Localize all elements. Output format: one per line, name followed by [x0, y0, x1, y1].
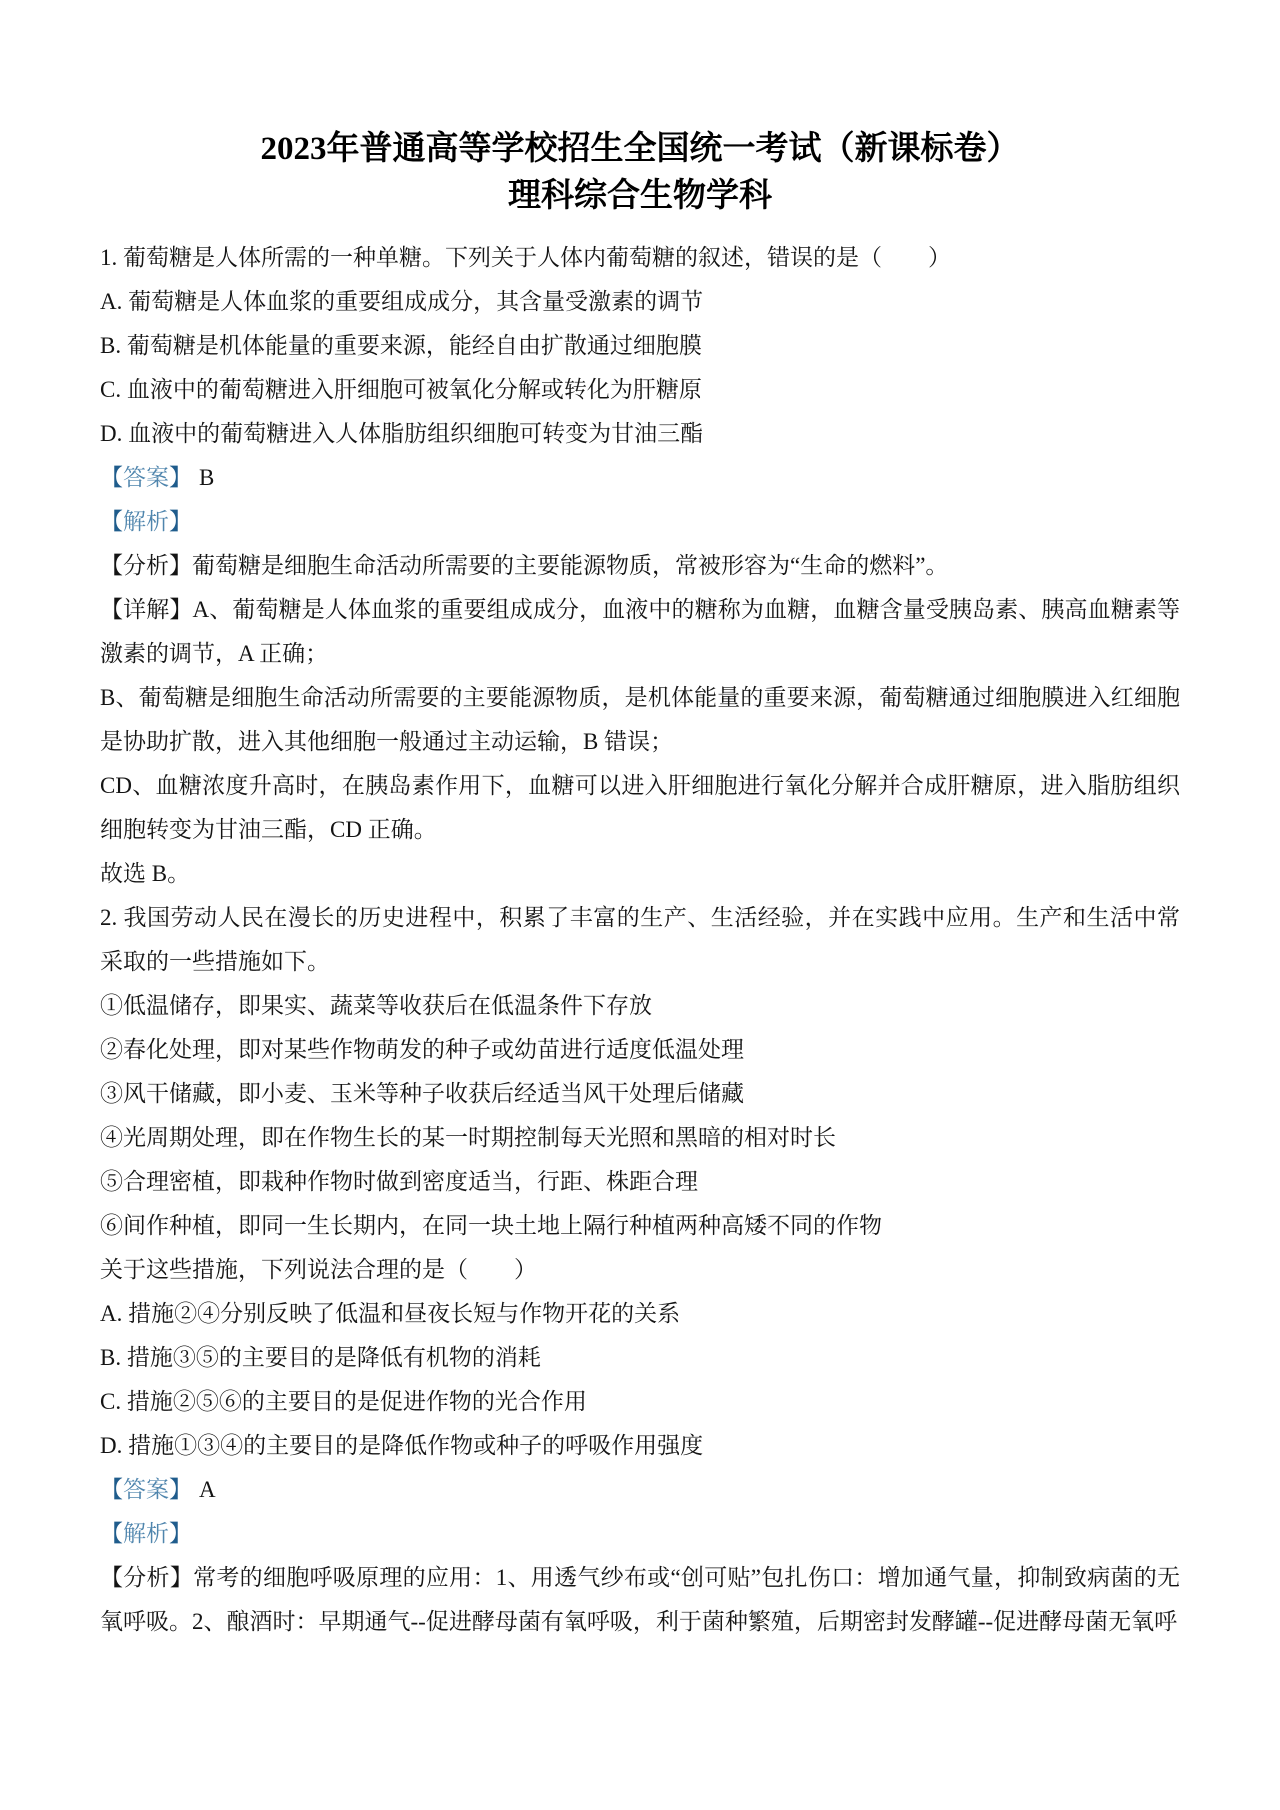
q2-option-c: C. 措施②⑤⑥的主要目的是促进作物的光合作用 — [100, 1380, 1180, 1424]
q1-explanation-analysis: 【分析】葡萄糖是细胞生命活动所需要的主要能源物质，常被形容为“生命的燃料”。 — [100, 544, 1180, 588]
q1-option-d: D. 血液中的葡萄糖进入人体脂肪组织细胞可转变为甘油三酯 — [100, 412, 1180, 456]
q1-conclusion: 故选 B。 — [100, 852, 1180, 896]
q2-measure-3: ③风干储藏，即小麦、玉米等种子收获后经适当风干处理后储藏 — [100, 1072, 1180, 1116]
q2-answer-line: 【答案】A — [100, 1468, 1180, 1512]
q1-answer-bracket-open: 【 — [100, 465, 123, 490]
q1-answer-bracket-close: 】 — [169, 465, 192, 490]
q2-answer-bracket-close: 】 — [169, 1477, 192, 1502]
q1-analysis-bracket-close: 】 — [169, 509, 192, 534]
title-line-2: 理科综合生物学科 — [100, 173, 1180, 220]
q2-measure-1: ①低温储存，即果实、蔬菜等收获后在低温条件下存放 — [100, 984, 1180, 1028]
q1-explanation-detail-b: B、葡萄糖是细胞生命活动所需要的主要能源物质，是机体能量的重要来源，葡萄糖通过细… — [100, 676, 1180, 764]
document-page: 2023年普通高等学校招生全国统一考试（新课标卷） 理科综合生物学科 1. 葡萄… — [0, 0, 1280, 1810]
q1-option-a: A. 葡萄糖是人体血浆的重要组成成分，其含量受激素的调节 — [100, 280, 1180, 324]
document-title: 2023年普通高等学校招生全国统一考试（新课标卷） 理科综合生物学科 — [100, 126, 1180, 220]
q2-answer-value: A — [199, 1477, 216, 1502]
q2-measure-2: ②春化处理，即对某些作物萌发的种子或幼苗进行适度低温处理 — [100, 1028, 1180, 1072]
q2-option-b: B. 措施③⑤的主要目的是降低有机物的消耗 — [100, 1336, 1180, 1380]
q1-analysis-bracket-open: 【 — [100, 509, 123, 534]
q1-analysis-marker-label: 解析 — [123, 509, 169, 534]
q2-stem: 2. 我国劳动人民在漫长的历史进程中，积累了丰富的生产、生活经验，并在实践中应用… — [100, 896, 1180, 984]
q1-explanation-detail-cd: CD、血糖浓度升高时，在胰岛素作用下，血糖可以进入肝细胞进行氧化分解并合成肝糖原… — [100, 764, 1180, 852]
q1-analysis-marker-line: 【解析】 — [100, 500, 1180, 544]
q2-measure-6: ⑥间作种植，即同一生长期内，在同一块土地上隔行种植两种高矮不同的作物 — [100, 1204, 1180, 1248]
q2-explanation-analysis: 【分析】常考的细胞呼吸原理的应用：1、用透气纱布或“创可贴”包扎伤口：增加通气量… — [100, 1556, 1180, 1644]
q1-option-b: B. 葡萄糖是机体能量的重要来源，能经自由扩散通过细胞膜 — [100, 324, 1180, 368]
q2-option-d: D. 措施①③④的主要目的是降低作物或种子的呼吸作用强度 — [100, 1424, 1180, 1468]
title-line-1: 2023年普通高等学校招生全国统一考试（新课标卷） — [100, 126, 1180, 173]
q2-answer-bracket-open: 【 — [100, 1477, 123, 1502]
q1-answer-marker-label: 答案 — [123, 465, 169, 490]
q2-analysis-bracket-open: 【 — [100, 1521, 123, 1546]
q1-option-c: C. 血液中的葡萄糖进入肝细胞可被氧化分解或转化为肝糖原 — [100, 368, 1180, 412]
q2-ask: 关于这些措施，下列说法合理的是（ ） — [100, 1248, 1180, 1292]
q2-option-a: A. 措施②④分别反映了低温和昼夜长短与作物开花的关系 — [100, 1292, 1180, 1336]
q2-answer-marker-label: 答案 — [123, 1477, 169, 1502]
q1-answer-value: B — [199, 465, 214, 490]
q2-measure-5: ⑤合理密植，即栽种作物时做到密度适当，行距、株距合理 — [100, 1160, 1180, 1204]
q1-answer-line: 【答案】B — [100, 456, 1180, 500]
q2-analysis-bracket-close: 】 — [169, 1521, 192, 1546]
q1-stem: 1. 葡萄糖是人体所需的一种单糖。下列关于人体内葡萄糖的叙述，错误的是（ ） — [100, 236, 1180, 280]
q2-measure-4: ④光周期处理，即在作物生长的某一时期控制每天光照和黑暗的相对时长 — [100, 1116, 1180, 1160]
q2-analysis-marker-line: 【解析】 — [100, 1512, 1180, 1556]
q2-analysis-marker-label: 解析 — [123, 1521, 169, 1546]
q1-explanation-detail-a: 【详解】A、葡萄糖是人体血浆的重要组成成分，血液中的糖称为血糖，血糖含量受胰岛素… — [100, 588, 1180, 676]
